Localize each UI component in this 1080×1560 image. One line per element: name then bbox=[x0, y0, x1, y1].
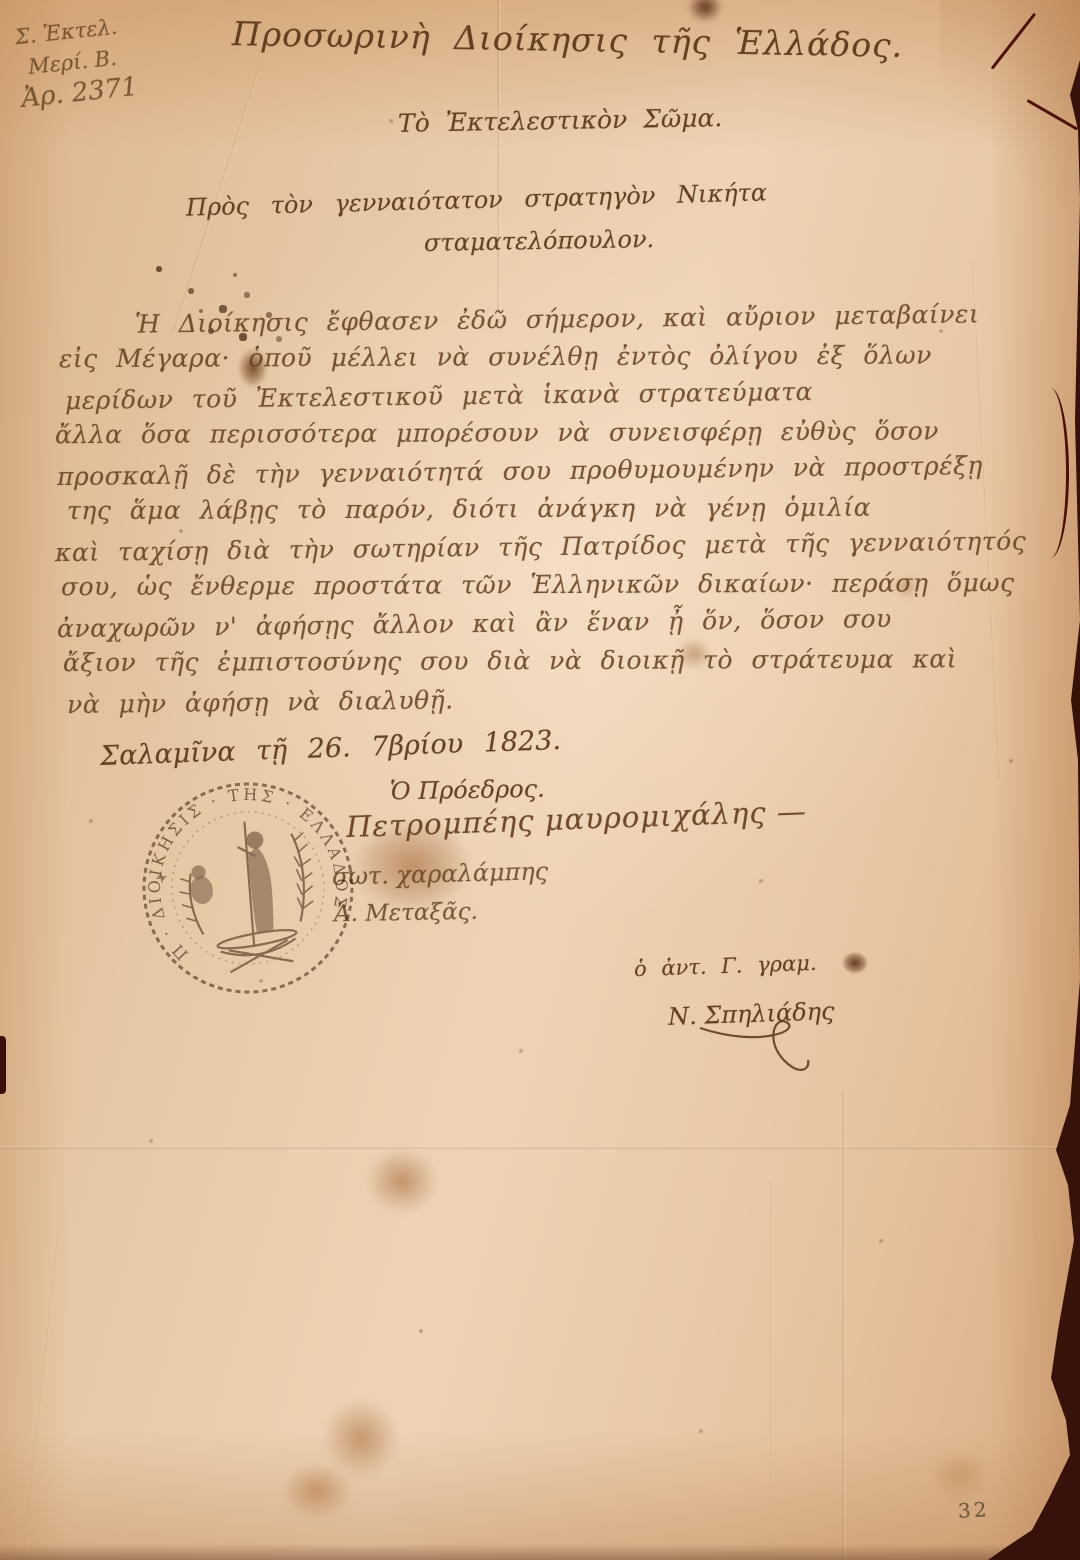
crease-horizontal-middle bbox=[0, 1146, 1080, 1149]
crease-vertical-bottomcenter bbox=[770, 1180, 773, 1560]
scanned-document-photo: { "document_kind": "Handwritten letter o… bbox=[0, 0, 1080, 1560]
address-line2: σταματελόπουλον. bbox=[424, 225, 655, 257]
ink-spatter bbox=[150, 250, 152, 252]
government-seal-stamp: Π · ΔΙΟΙΚΗΣΙΣ · ΤΗΣ · ΕΛΛΑΔΟΣ bbox=[118, 758, 377, 1017]
secretary-note: ὁ ἀντ. Γ. γραμ. bbox=[634, 951, 817, 981]
corner-fold-shading bbox=[940, 0, 1080, 230]
letter-body: Ἡ Διοίκησις ἔφθασεν ἐδῶ σήμερον, καὶ αὔρ… bbox=[55, 300, 1065, 718]
paper-sheet: Σ. Ἐκτελ. Μερί. Β. Ἀρ. 2371 Προσωρινὴ Δι… bbox=[0, 0, 1080, 1560]
signature-member-2: σωτ. χαραλάμπης bbox=[332, 857, 549, 891]
stain-bottom-right-soft bbox=[930, 1450, 990, 1500]
signature-flourish bbox=[690, 1020, 830, 1090]
paper-specks bbox=[0, 0, 2, 2]
stain-center-large bbox=[366, 1148, 438, 1214]
stamp-ring-text: Π · ΔΙΟΙΚΗΣΙΣ · ΤΗΣ · ΕΛΛΑΔΟΣ bbox=[118, 758, 377, 1017]
svg-text:Π · ΔΙΟΙΚΗΣΙΣ · ΤΗΣ · ΕΛΛΑΔΟΣ: Π · ΔΙΟΙΚΗΣΙΣ · ΤΗΣ · ΕΛΛΑΔΟΣ bbox=[118, 758, 377, 1017]
document-subtitle: Τὸ Ἐκτελεστικὸν Σῶμα. bbox=[398, 103, 723, 138]
stain-bottom-1 bbox=[322, 1398, 400, 1478]
document-title: Προσωρινὴ Διοίκησις τῆς Ἑλλάδος. bbox=[232, 14, 904, 65]
crease-vertical-bottomright bbox=[842, 1090, 846, 1560]
address-line1: Πρὸς τὸν γενναιότατον στρατηγὸν Νικήτα bbox=[186, 178, 768, 221]
stain-top-edge bbox=[688, 0, 722, 22]
page-number: 32 bbox=[957, 1497, 990, 1523]
stain-ink-blob bbox=[842, 952, 868, 974]
stain-bottom-2 bbox=[282, 1462, 352, 1520]
edge-crack-arc bbox=[1032, 388, 1069, 558]
archive-note: Σ. Ἐκτελ. Μερί. Β. Ἀρ. 2371 bbox=[13, 10, 139, 115]
president-title: Ὁ Πρόεδρος. bbox=[390, 775, 545, 806]
crease-left-lower bbox=[23, 1231, 60, 1560]
